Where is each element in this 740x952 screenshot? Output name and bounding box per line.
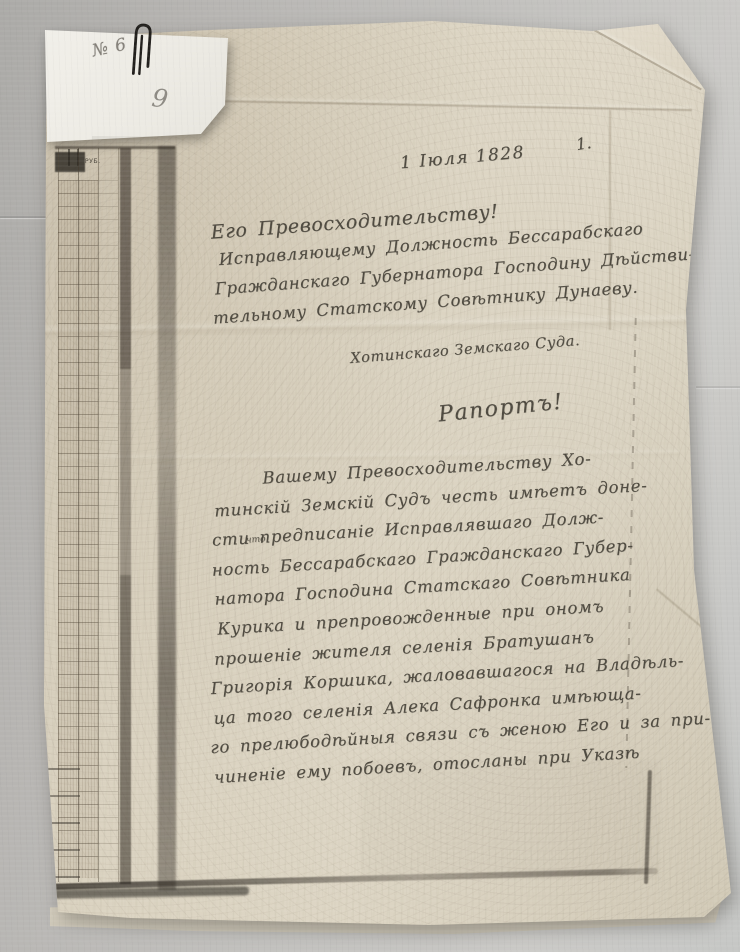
sender-line: Хотинскаго Земскаго Суда. [350,333,581,367]
page-number: 1. [575,133,593,154]
address-block: Его Превосходительству! Исправляющему До… [206,186,698,337]
document-sheet-wrap: РУБ. 1. 1 Іюля 1828 Его Превосходительст… [0,0,740,952]
date-line: 1 Іюля 1828 [399,143,525,174]
ledger-header-blotch [55,152,85,172]
fold-ink-smudge-band [158,146,176,890]
ledger-top-border [55,146,175,149]
body-text-block: Вашему Превосходительству Хо- тинскій Зе… [206,443,714,797]
ledger-ink-stripe [120,148,131,884]
ledger-header-rule [68,149,70,166]
document-sheet: РУБ. 1. 1 Іюля 1828 Его Превосходительст… [0,0,740,952]
ledger-bottom-rows [44,768,80,898]
ledger-column-line [118,148,119,882]
interlinear-insertion: что [246,534,266,545]
report-heading: Рапортъ! [437,389,565,427]
ledger-row-grid [98,180,118,878]
paperclip-icon [126,21,158,79]
archival-photo: РУБ. 1. 1 Іюля 1828 Его Превосходительст… [0,0,740,952]
